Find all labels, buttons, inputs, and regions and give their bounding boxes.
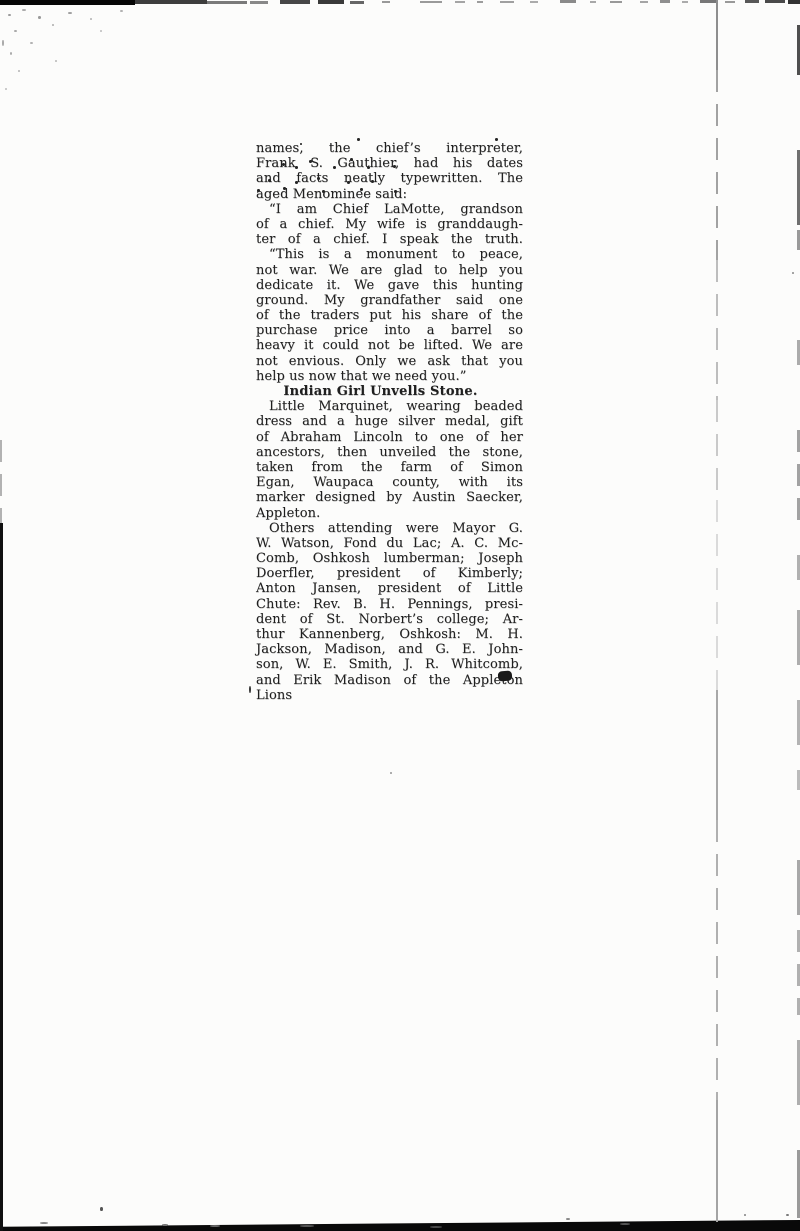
ink-dot — [300, 143, 302, 145]
article-line: ancestors, then unveiled the stone, — [256, 445, 523, 460]
article-line: Little Marquinet, wearing beaded — [256, 399, 523, 414]
scan-noise-speck — [90, 18, 92, 20]
ink-dot — [347, 181, 350, 184]
page-fold-crease — [716, 820, 718, 1100]
scanner-edge-top-dash — [477, 1, 483, 3]
scanner-edge-top-dash — [250, 1, 268, 4]
ink-dot — [295, 166, 298, 169]
article-line: Egan, Waupaca county, with its — [256, 475, 523, 490]
paper-right-edge — [797, 340, 800, 365]
ink-dot — [257, 189, 260, 192]
scan-noise-speck — [162, 1224, 168, 1226]
article-line: of the traders put his share of the — [256, 308, 523, 323]
scan-noise-speck — [430, 1226, 442, 1228]
article-line: “I am Chief LaMotte, grandson — [256, 202, 523, 217]
paper-right-edge — [797, 930, 800, 1015]
article-line: help us now that we need you.” — [256, 369, 523, 384]
scan-noise-speck — [8, 14, 11, 16]
ink-dot — [317, 177, 320, 180]
article-line: and facts neatly typewritten. The — [256, 171, 523, 186]
scanner-edge-top-dash — [318, 0, 344, 4]
ink-dot — [394, 190, 397, 193]
article-line: aged Menominee said: — [256, 187, 523, 202]
scan-noise-speck — [18, 70, 20, 72]
ink-dot — [357, 138, 360, 141]
scan-noise-speck — [38, 16, 41, 19]
scanner-edge-top-dash — [500, 1, 514, 3]
article-line: thur Kannenberg, Oshkosh: M. H. — [256, 627, 523, 642]
article-line: taken from the farm of Simon — [256, 460, 523, 475]
scan-noise-speck — [210, 1225, 220, 1227]
article-line: Others attending were Mayor G. — [256, 521, 523, 536]
article-line: Jackson, Madison, and G. E. John- — [256, 642, 523, 657]
page-fold-crease — [716, 1100, 718, 1222]
article-line: dress and a huge silver medal, gift — [256, 414, 523, 429]
article-line: heavy it could not be lifted. We are — [256, 338, 523, 353]
scanner-edge-top-dash — [725, 1, 735, 3]
scanner-edge-top-dash — [590, 1, 596, 3]
article-line: ter of a chief. I speak the truth. — [256, 232, 523, 247]
scanner-edge-bottom — [0, 1219, 800, 1231]
ink-dot — [360, 188, 363, 191]
article-line: marker designed by Austin Saecker, — [256, 490, 523, 505]
scanner-edge-top-dash — [382, 1, 390, 3]
scan-noise-speck — [120, 10, 123, 12]
page-fold-crease — [716, 400, 718, 500]
article-line: Anton Jansen, president of Little — [256, 581, 523, 596]
ink-dot — [367, 166, 370, 169]
scan-noise-speck — [792, 272, 794, 274]
article-line: “This is a monument to peace, — [256, 247, 523, 262]
article-line: Comb, Oshkosh lumberman; Joseph — [256, 551, 523, 566]
paper-right-edge — [797, 150, 800, 225]
scanner-edge-top-dash — [420, 1, 442, 3]
scan-noise-speck — [620, 1223, 630, 1225]
scanner-edge-top-dash — [350, 1, 364, 4]
article-heading: Indian Girl Unvells Stone. — [256, 384, 523, 399]
scanner-edge-top-dash — [788, 0, 800, 4]
scanner-edge-top-fade — [207, 1, 247, 4]
ink-dot — [322, 190, 325, 193]
scanner-edge-top-dash — [660, 0, 670, 3]
ink-dot — [371, 180, 374, 183]
article-line: ground. My grandfather said one — [256, 293, 523, 308]
article-line: W. Watson, Fond du Lac; A. C. Mc- — [256, 536, 523, 551]
scan-noise-speck — [5, 88, 7, 90]
article-line: not war. We are glad to help you — [256, 263, 523, 278]
paper-right-edge — [797, 700, 800, 745]
paper-right-edge — [797, 1150, 800, 1218]
scanner-edge-top-dash — [640, 1, 648, 3]
page-fold-crease — [716, 70, 718, 260]
newspaper-page: names, the chief’s interpreter,Frank S. … — [0, 0, 800, 1231]
paper-right-edge — [797, 1040, 800, 1105]
article-line: Doerfler, president of Kimberly; — [256, 566, 523, 581]
scan-noise-speck — [14, 30, 17, 32]
scan-noise-speck — [786, 1214, 789, 1216]
scan-noise-speck — [10, 52, 12, 55]
paper-right-edge — [797, 25, 800, 75]
ink-dot — [268, 179, 271, 182]
scan-noise-speck — [566, 1218, 570, 1220]
paper-right-edge — [797, 610, 800, 665]
scan-noise-speck — [30, 42, 33, 44]
scanner-edge-top-dash — [610, 1, 622, 3]
paper-right-edge — [797, 430, 800, 520]
paper-right-edge — [797, 770, 800, 790]
scan-noise-speck — [2, 40, 4, 46]
ink-dot — [295, 181, 298, 184]
article-line: Chute: Rev. B. H. Pennings, presi- — [256, 597, 523, 612]
ink-mark — [249, 686, 251, 693]
scanner-edge-top-dash — [745, 0, 759, 3]
ink-dot — [393, 165, 396, 168]
scan-noise-speck — [100, 30, 102, 32]
scanner-edge-top-fade — [135, 0, 207, 4]
article-line: dedicate it. We gave this hunting — [256, 278, 523, 293]
article-line: son, W. E. Smith, J. R. Whitcomb, — [256, 657, 523, 672]
ink-dot — [309, 160, 312, 163]
scan-noise-speck — [55, 60, 57, 62]
scan-noise-speck — [68, 12, 72, 14]
scanner-edge-top-dash — [682, 1, 688, 3]
page-fold-crease — [716, 690, 718, 820]
scan-noise-speck — [40, 1222, 48, 1224]
article-line: Appleton. — [256, 506, 523, 521]
paper-left-edge — [0, 523, 3, 1231]
ink-dot — [333, 166, 336, 169]
ink-dot — [350, 158, 353, 161]
page-fold-crease — [716, 260, 718, 400]
scanner-edge-top-dash — [765, 0, 785, 3]
scan-noise-speck — [52, 24, 54, 26]
scan-noise-speck — [744, 1214, 746, 1216]
scan-noise-speck — [300, 1225, 314, 1227]
scanner-edge-top-dash — [560, 0, 576, 3]
ink-dot — [282, 163, 285, 166]
article-line: purchase price into a barrel so — [256, 323, 523, 338]
article-line: names, the chief’s interpreter, — [256, 141, 523, 156]
scanner-edge-top-dash — [455, 1, 465, 3]
scan-noise-speck — [390, 772, 392, 774]
paper-right-edge — [797, 230, 800, 250]
article-line: dent of St. Norbert’s college; Ar- — [256, 612, 523, 627]
scanner-edge-top-dash — [280, 0, 310, 4]
paper-right-edge — [797, 555, 800, 580]
article-line: not envious. Only we ask that you — [256, 354, 523, 369]
scan-noise-speck — [22, 9, 26, 11]
paper-right-edge — [797, 860, 800, 915]
ink-dot — [283, 187, 286, 190]
paper-left-edge — [0, 440, 2, 523]
article-line: Frank S. Gauthier, had his dates — [256, 156, 523, 171]
article-line: of a chief. My wife is granddaugh- — [256, 217, 523, 232]
article-line: Lions — [256, 688, 523, 703]
ink-dot — [495, 138, 498, 141]
scan-noise-speck — [100, 1207, 103, 1211]
article-line: of Abraham Lincoln to one of her — [256, 430, 523, 445]
ink-smudge — [498, 671, 513, 682]
scanner-edge-top-dash — [530, 1, 538, 3]
scanner-edge-top — [0, 0, 135, 5]
article-column: names, the chief’s interpreter,Frank S. … — [256, 141, 523, 703]
page-fold-crease — [716, 500, 718, 690]
article-line: and Erik Madison of the Appleton — [256, 673, 523, 688]
page-fold-crease — [716, 0, 718, 70]
